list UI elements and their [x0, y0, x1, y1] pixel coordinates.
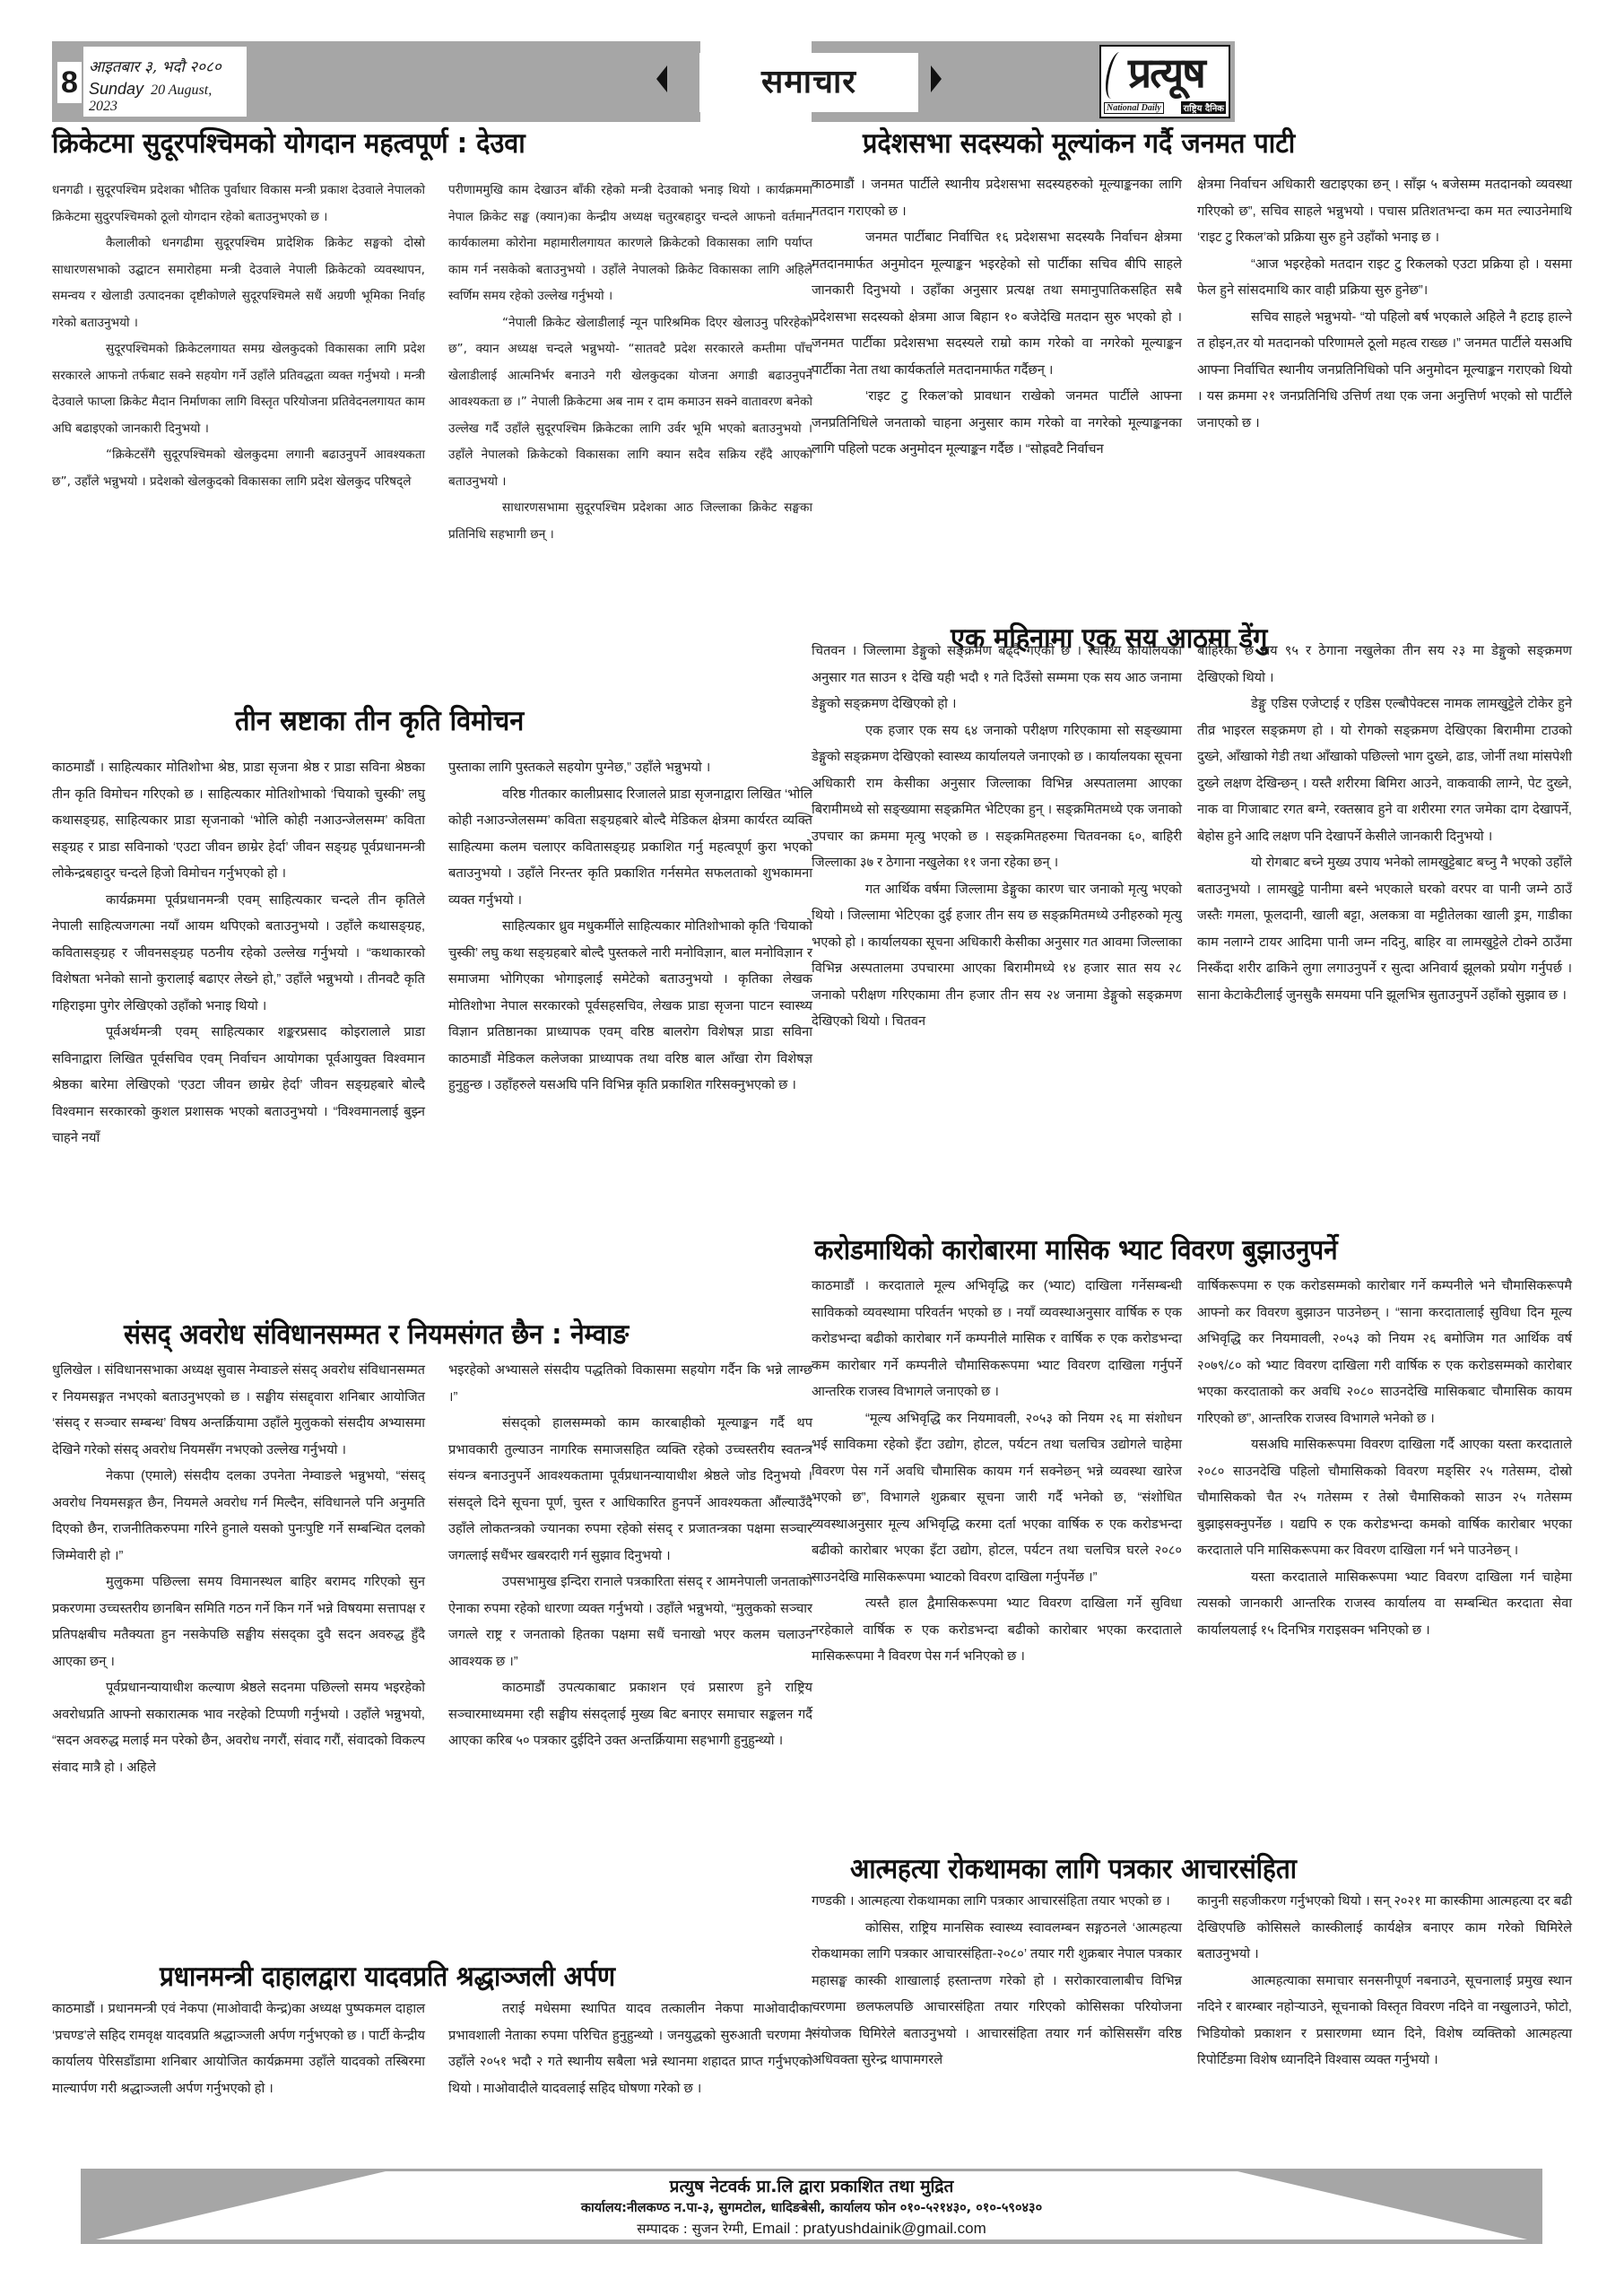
- paragraph: साहित्यकार ध्रुव मधुकर्मीले साहित्यकार म…: [448, 914, 812, 1100]
- paragraph: बाहिरका छ सय ९५ र ठेगाना नखुलेका तीन सय …: [1197, 639, 1572, 691]
- paragraph: पूर्वअर्थमन्त्री एवम् साहित्यकार शङ्करप्…: [52, 1020, 425, 1152]
- newspaper-logo: प्रत्यूष National Daily राष्ट्रिय दैनिक: [1099, 45, 1230, 118]
- headline-suicide: आत्महत्या रोकथामका लागि पत्रकार आचारसंहि…: [850, 1851, 1297, 1887]
- email-link[interactable]: Email : pratyushdainik@gmail.com: [752, 2220, 986, 2237]
- article-vat-col-2: वार्षिकरूपमा रु एक करोडसम्मको कारोबार गर…: [1197, 1274, 1572, 1644]
- article-dengue-col-2: बाहिरका छ सय ९५ र ठेगाना नखुलेका तीन सय …: [1197, 639, 1572, 1009]
- headline-books: तीन स्रष्टाका तीन कृति विमोचन: [235, 703, 524, 739]
- article-dengue-col-1: चितवन । जिल्लामा डेङ्गुको सङ्क्रमण बढ्दै…: [812, 639, 1182, 1036]
- headline-janamat: प्रदेशसभा सदस्यको मूल्यांकन गर्दै जनमत प…: [863, 126, 1295, 161]
- article-dahal-col-2: तराई मधेसमा स्थापित यादव तत्कालीन नेकपा …: [448, 1996, 812, 2102]
- paragraph: ‘राइट टु रिकल’को प्रावधान राखेको जनमत पा…: [812, 384, 1182, 464]
- paragraph: साधारणसभामा सुदूरपश्चिम प्रदेशका आठ जिल्…: [448, 495, 812, 548]
- page-number: 8: [57, 62, 82, 103]
- paragraph: यो रोगबाट बच्ने मुख्य उपाय भनेको लामखुट्…: [1197, 850, 1572, 1009]
- headline-parliament: संसद् अवरोध संविधानसम्मत र नियमसंगत छैन …: [124, 1317, 629, 1352]
- paragraph: क्षेत्रमा निर्वाचन अधिकारी खटाइएका छन् ।…: [1197, 172, 1572, 252]
- article-suicide-col-1: गण्डकी । आत्महत्या रोकथामका लागि पत्रकार…: [812, 1889, 1182, 2074]
- editor-name: सम्पादक : सुजन रेग्मी,: [637, 2221, 752, 2237]
- article-cricket-col-2: परीणाममुखि काम देखाउन बाँकी रहेको मन्त्र…: [448, 178, 812, 548]
- paragraph: मुलुकमा पछिल्ला समय विमानस्थल बाहिर बराम…: [52, 1570, 425, 1675]
- paragraph: सुदूरपश्चिमको क्रिकेटलगायत समग्र खेलकुदक…: [52, 336, 425, 442]
- date-english: Sunday 20 August, 2023: [89, 80, 241, 115]
- paragraph: वरिष्ठ गीतकार कालीप्रसाद रिजालले प्राडा …: [448, 782, 812, 915]
- article-suicide-col-2: कानुनी सहजीकरण गर्नुभएको थियो । सन् २०२१…: [1197, 1889, 1572, 2074]
- address-line: कार्यालय:नीलकण्ठ न.पा-३, सुगमटोल, धादिङब…: [81, 2198, 1542, 2218]
- paragraph: कार्यक्रममा पूर्वप्रधानमन्त्री एवम् साहि…: [52, 888, 425, 1021]
- footer-text: प्रत्युष नेटवर्क प्रा.लि द्वारा प्रकाशित…: [81, 2175, 1542, 2239]
- paragraph: “आज भइरहेको मतदान राइट टु रिकलको एउटा प्…: [1197, 252, 1572, 305]
- headline-vat: करोडमाथिको कारोबारमा मासिक भ्याट विवरण ब…: [814, 1232, 1338, 1268]
- paragraph: आत्महत्याका समाचार सनसनीपूर्ण नबनाउने, स…: [1197, 1969, 1572, 2074]
- paragraph: काठमाडौं । प्रधानमन्त्री एवं नेकपा (माओव…: [52, 1996, 425, 2102]
- article-parliament-col-1: धुलिखेल । संविधानसभाका अध्यक्ष सुवास नेम…: [52, 1358, 425, 1781]
- paragraph: काठमाडौं उपत्यकाबाट प्रकाशन एवं प्रसारण …: [448, 1675, 812, 1755]
- date-day: Sunday: [89, 80, 143, 98]
- paragraph: यसअघि मासिकरूपमा विवरण दाखिला गर्दै आएका…: [1197, 1432, 1572, 1565]
- article-parliament-col-2: भइरहेको अभ्यासले संसदीय पद्धतिको विकासमा…: [448, 1358, 812, 1755]
- paragraph: पूर्वप्रधानन्यायाधीश कल्याण श्रेष्ठले सद…: [52, 1675, 425, 1781]
- paragraph: “मूल्य अभिवृद्धि कर नियमावली, २०५३ को नि…: [812, 1406, 1182, 1592]
- paragraph: डेङ्गु एडिस एजेप्टाई र एडिस एल्बौपेक्टस …: [1197, 691, 1572, 850]
- triangle-right-icon: [931, 65, 942, 92]
- pen-nib-icon: [1101, 52, 1131, 99]
- paragraph: एक हजार एक सय ६४ जनाको परीक्षण गरिएकामा …: [812, 718, 1182, 877]
- article-dahal-col-1: काठमाडौं । प्रधानमन्त्री एवं नेकपा (माओव…: [52, 1996, 425, 2102]
- paragraph: वार्षिकरूपमा रु एक करोडसम्मको कारोबार गर…: [1197, 1274, 1572, 1432]
- article-books-col-1: काठमाडौं । साहित्यकार मोतिशोभा श्रेष्ठ, …: [52, 755, 425, 1152]
- paragraph: तराई मधेसमा स्थापित यादव तत्कालीन नेकपा …: [448, 1996, 812, 2102]
- paragraph: त्यस्तै हाल द्वैमासिकरूपमा भ्याट विवरण द…: [812, 1591, 1182, 1671]
- article-janamat-col-2: क्षेत्रमा निर्वाचन अधिकारी खटाइएका छन् ।…: [1197, 172, 1572, 437]
- paragraph: जनमत पार्टीबाट निर्वाचित १६ प्रदेशसभा सद…: [812, 225, 1182, 384]
- paragraph: संसद्को हालसम्मको काम कारबाहीको मूल्याङ्…: [448, 1411, 812, 1570]
- paragraph: गत आर्थिक वर्षमा जिल्लामा डेङ्गुका कारण …: [812, 877, 1182, 1036]
- publisher-line: प्रत्युष नेटवर्क प्रा.लि द्वारा प्रकाशित…: [81, 2175, 1542, 2198]
- paragraph: काठमाडौं । साहित्यकार मोतिशोभा श्रेष्ठ, …: [52, 755, 425, 888]
- logo-subtitle-np: राष्ट्रिय दैनिक: [1181, 101, 1226, 114]
- paragraph: धनगढी । सुदूरपश्चिम प्रदेशका भौतिक पुर्व…: [52, 178, 425, 230]
- date-box: आइतबार ३, भदौ २०८० Sunday 20 August, 202…: [83, 47, 247, 117]
- paragraph: कैलालीको धनगढीमा सुदूरपश्चिम प्रादेशिक क…: [52, 230, 425, 336]
- paragraph: भइरहेको अभ्यासले संसदीय पद्धतिको विकासमा…: [448, 1358, 812, 1411]
- paragraph: पुस्ताका लागि पुस्तकले सहयोग पुग्नेछ,” उ…: [448, 755, 812, 782]
- paragraph: कानुनी सहजीकरण गर्नुभएको थियो । सन् २०२१…: [1197, 1889, 1572, 1969]
- article-janamat-col-1: काठमाडौं । जनमत पार्टीले स्थानीय प्रदेशस…: [812, 172, 1182, 464]
- paragraph: गण्डकी । आत्महत्या रोकथामका लागि पत्रकार…: [812, 1889, 1182, 1916]
- editor-line: सम्पादक : सुजन रेग्मी, Email : pratyushd…: [81, 2218, 1542, 2239]
- article-vat-col-1: काठमाडौं । करदाताले मूल्य अभिवृद्धि कर (…: [812, 1274, 1182, 1671]
- paragraph: धुलिखेल । संविधानसभाका अध्यक्ष सुवास नेम…: [52, 1358, 425, 1464]
- logo-text: प्रत्यूष: [1128, 48, 1204, 97]
- article-cricket-col-1: धनगढी । सुदूरपश्चिम प्रदेशका भौतिक पुर्व…: [52, 178, 425, 495]
- logo-subtitle-en: National Daily: [1104, 102, 1164, 114]
- triangle-left-icon: [656, 65, 667, 92]
- paragraph: चितवन । जिल्लामा डेङ्गुको सङ्क्रमण बढ्दै…: [812, 639, 1182, 718]
- paragraph: काठमाडौं । करदाताले मूल्य अभिवृद्धि कर (…: [812, 1274, 1182, 1406]
- paragraph: काठमाडौं । जनमत पार्टीले स्थानीय प्रदेशस…: [812, 172, 1182, 225]
- paragraph: नेकपा (एमाले) संसदीय दलका उपनेता नेम्वाङ…: [52, 1464, 425, 1570]
- paragraph: परीणाममुखि काम देखाउन बाँकी रहेको मन्त्र…: [448, 178, 812, 310]
- article-books-col-2: पुस्ताका लागि पुस्तकले सहयोग पुग्नेछ,” उ…: [448, 755, 812, 1100]
- footer-imprint: प्रत्युष नेटवर्क प्रा.लि द्वारा प्रकाशित…: [81, 2169, 1542, 2244]
- headline-dahal: प्रधानमन्त्री दाहालद्वारा यादवप्रति श्रद…: [160, 1959, 615, 1995]
- paragraph: “नेपाली क्रिकेट खेलाडीलाई न्यून पारिश्रम…: [448, 310, 812, 496]
- date-nepali: आइतबार ३, भदौ २०८०: [89, 56, 241, 76]
- paragraph: उपसभामुख इन्दिरा रानाले पत्रकारिता संसद्…: [448, 1570, 812, 1675]
- headline-cricket: क्रिकेटमा सुदूरपश्चिमको योगदान महत्वपूर्…: [52, 126, 525, 161]
- paragraph: यस्ता करदाताले मासिकरूपमा भ्याट विवरण दा…: [1197, 1565, 1572, 1645]
- paragraph: सचिव साहले भन्नुभयो- “यो पहिलो बर्ष भएका…: [1197, 305, 1572, 438]
- section-title: समाचार: [699, 53, 918, 112]
- paragraph: “क्रिकेटसँगै सुदूरपश्चिमको खेलकुदमा लगान…: [52, 442, 425, 495]
- paragraph: कोसिस, राष्ट्रिय मानसिक स्वास्थ्य स्वावल…: [812, 1916, 1182, 2074]
